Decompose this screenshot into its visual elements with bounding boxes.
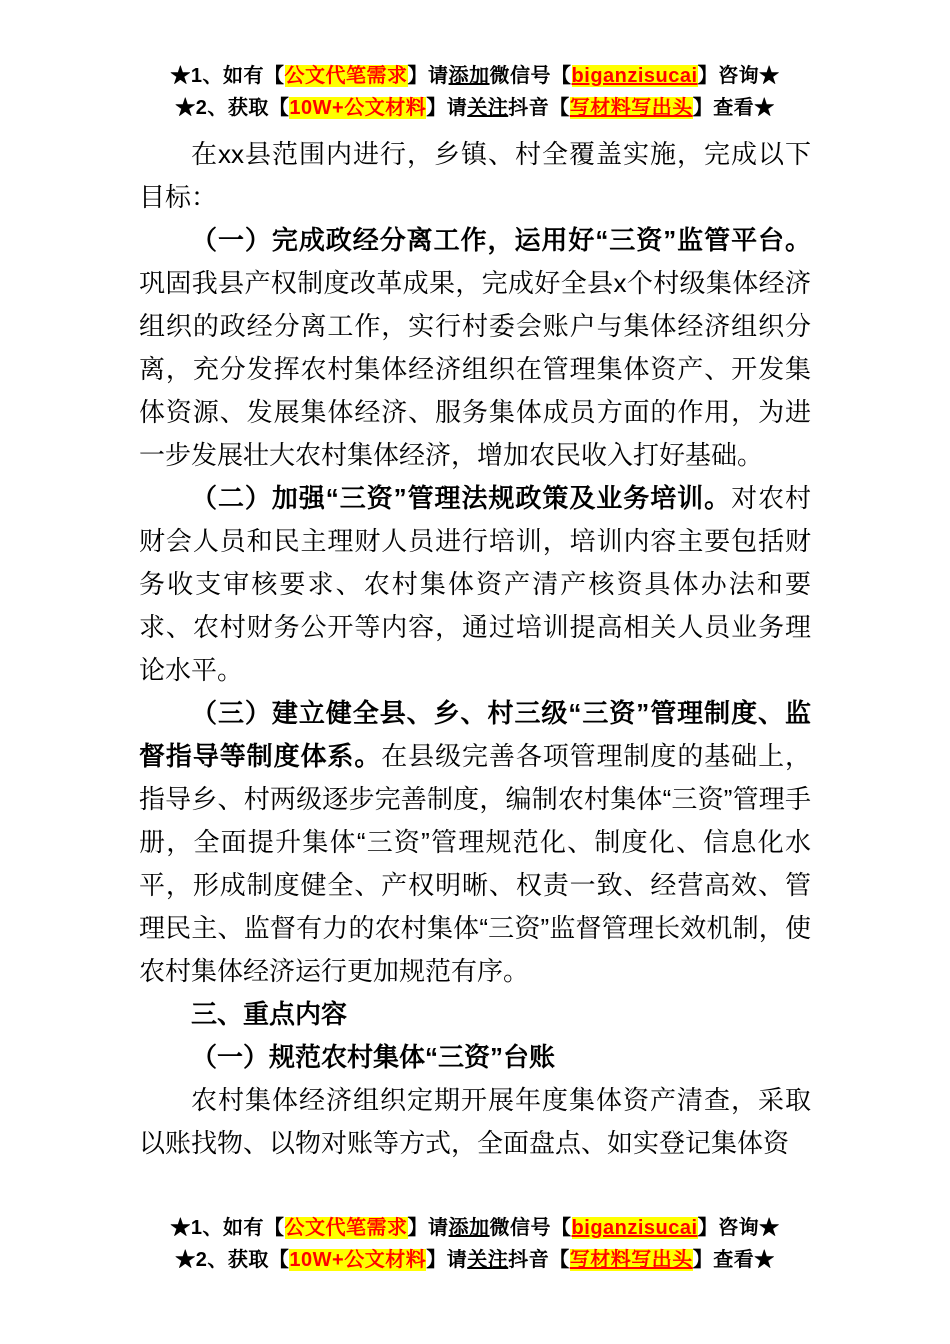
paragraph-intro: 在xx县范围内进行，乡镇、村全覆盖实施，完成以下目标： — [139, 133, 811, 219]
banner-highlight: 公文代笔需求 — [285, 65, 408, 87]
section-3-text: 在县级完善各项管理制度的基础上，指导乡、村两级逐步完善制度，编制农村集体“三资”… — [139, 741, 811, 986]
ledger-text: 农村集体经济组织定期开展年度集体资产清查，采取以账找物、以物对账等方式，全面盘点… — [139, 1085, 811, 1158]
intro-text: 在xx县范围内进行，乡镇、村全覆盖实施，完成以下目标： — [139, 139, 811, 212]
banner-underline-text: 关注 — [467, 97, 508, 119]
banner-highlight: 公文代笔需求 — [285, 1217, 408, 1239]
section-1-text: 巩固我县产权制度改革成果，完成好全县x个村级集体经济组织的政经分离工作，实行村委… — [139, 268, 811, 470]
banner-text: 微信号【 — [490, 65, 572, 87]
banner-highlight: 10W+公文材料 — [289, 1249, 426, 1271]
banner-text: 】查看★ — [693, 1249, 775, 1271]
banner-text: 】请 — [426, 1249, 467, 1271]
banner-text: 】请 — [408, 1217, 449, 1239]
banner-wechat-id: biganzisucai — [572, 65, 698, 87]
banner-underline-text: 添加 — [449, 65, 490, 87]
banner-text: ★1、如有【 — [170, 65, 284, 87]
banner-text: ★1、如有【 — [170, 1217, 284, 1239]
banner-text: 】咨询★ — [698, 65, 780, 87]
section-2-text: 对农村财会人员和民主理财人员进行培训，培训内容主要包括财务收支审核要求、农村集体… — [139, 483, 811, 685]
banner-text: 抖音【 — [508, 1249, 570, 1271]
promo-banner-bottom: ★1、如有【公文代笔需求】请添加微信号【biganzisucai】咨询★ ★2、… — [0, 1212, 950, 1276]
banner-highlight: 10W+公文材料 — [289, 97, 426, 119]
section-1-heading: （一）完成政经分离工作，运用好“三资”监管平台。 — [191, 225, 811, 255]
banner-douyin-id: 写材料写出头 — [570, 97, 693, 119]
banner-underline-text: 关注 — [467, 1249, 508, 1271]
banner-line-2: ★2、获取【10W+公文材料】请关注抖音【写材料写出头】查看★ — [0, 92, 950, 124]
banner-text: 】请 — [426, 97, 467, 119]
heading-key-content: 三、重点内容 — [139, 993, 811, 1036]
banner-text: 】请 — [408, 65, 449, 87]
section-2-heading: （二）加强“三资”管理法规政策及业务培训。 — [191, 483, 731, 513]
banner-text: 】咨询★ — [698, 1217, 780, 1239]
paragraph-ledger: 农村集体经济组织定期开展年度集体资产清查，采取以账找物、以物对账等方式，全面盘点… — [139, 1079, 811, 1165]
banner-line-1: ★1、如有【公文代笔需求】请添加微信号【biganzisucai】咨询★ — [0, 60, 950, 92]
paragraph-section-3: （三）建立健全县、乡、村三级“三资”管理制度、监督指导等制度体系。在县级完善各项… — [139, 692, 811, 993]
heading-ledger: （一）规范农村集体“三资”台账 — [139, 1036, 811, 1079]
paragraph-section-2: （二）加强“三资”管理法规政策及业务培训。对农村财会人员和民主理财人员进行培训，… — [139, 477, 811, 692]
document-body: 在xx县范围内进行，乡镇、村全覆盖实施，完成以下目标： （一）完成政经分离工作，… — [139, 133, 811, 1209]
banner-text: ★2、获取【 — [175, 97, 289, 119]
banner-underline-text: 添加 — [449, 1217, 490, 1239]
banner-text: 抖音【 — [508, 97, 570, 119]
promo-banner-top: ★1、如有【公文代笔需求】请添加微信号【biganzisucai】咨询★ ★2、… — [0, 60, 950, 124]
banner-line-2: ★2、获取【10W+公文材料】请关注抖音【写材料写出头】查看★ — [0, 1244, 950, 1276]
banner-wechat-id: biganzisucai — [572, 1217, 698, 1239]
document-page: ★1、如有【公文代笔需求】请添加微信号【biganzisucai】咨询★ ★2、… — [0, 0, 950, 1344]
banner-text: 】查看★ — [693, 97, 775, 119]
banner-douyin-id: 写材料写出头 — [570, 1249, 693, 1271]
paragraph-section-1: （一）完成政经分离工作，运用好“三资”监管平台。巩固我县产权制度改革成果，完成好… — [139, 219, 811, 477]
banner-line-1: ★1、如有【公文代笔需求】请添加微信号【biganzisucai】咨询★ — [0, 1212, 950, 1244]
banner-text: 微信号【 — [490, 1217, 572, 1239]
banner-text: ★2、获取【 — [175, 1249, 289, 1271]
